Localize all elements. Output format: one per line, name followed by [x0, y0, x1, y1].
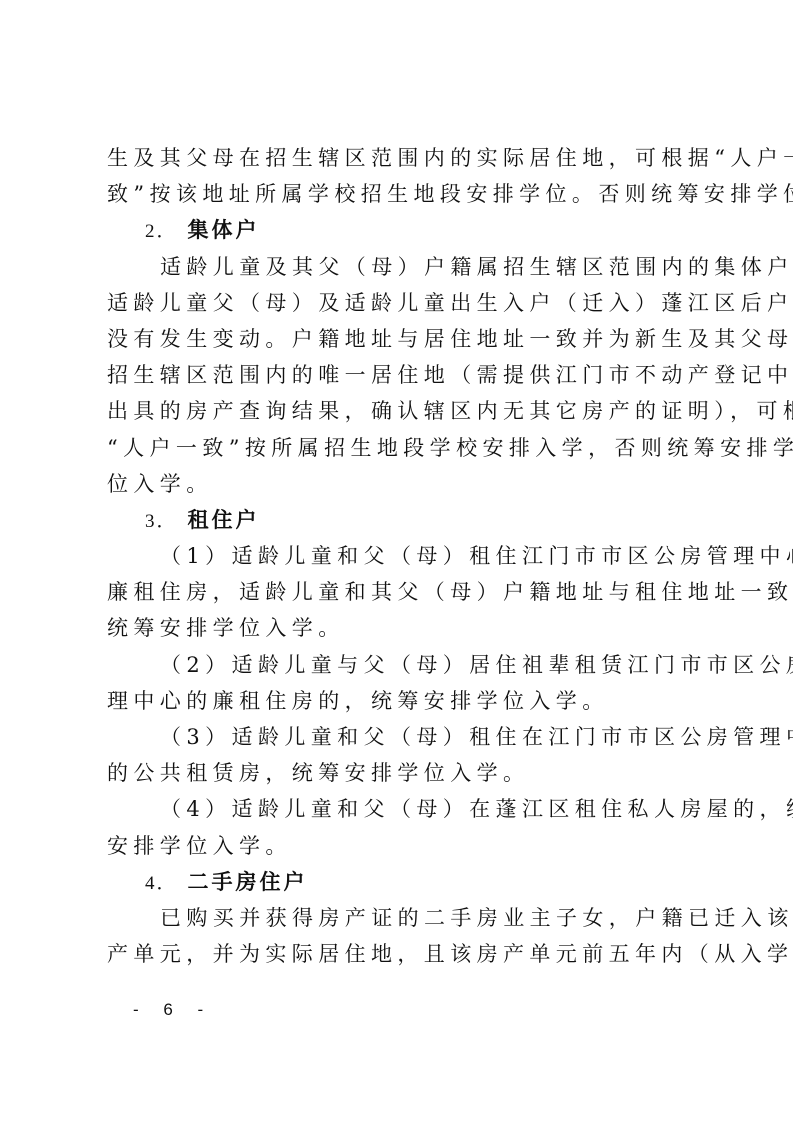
list-item-line: 统筹安排学位入学。 — [107, 610, 697, 646]
list-item-line: （1）适龄儿童和父（母）租住江门市市区公房管理中心的 — [107, 538, 697, 574]
section-title: 租住户 — [188, 508, 260, 532]
section-title: 二手房住户 — [188, 870, 308, 894]
section-heading-collective-household: 2．集体户 — [107, 212, 697, 248]
paragraph-line: 致”按该地址所属学校招生地段安排学位。否则统筹安排学位。 — [107, 176, 697, 212]
section-heading-renter-household: 3．租住户 — [107, 502, 697, 538]
document-page: 生及其父母在招生辖区范围内的实际居住地，可根据“人户一 致”按该地址所属学校招生… — [107, 140, 697, 972]
paragraph-line: 招生辖区范围内的唯一居住地（需提供江门市不动产登记中心 — [107, 357, 697, 393]
paragraph-line: 已购买并获得房产证的二手房业主子女，户籍已迁入该房 — [107, 900, 697, 936]
paragraph-line: 产单元，并为实际居住地，且该房产单元前五年内（从入学时 — [107, 936, 697, 972]
section-number: 4． — [145, 873, 178, 894]
list-item-line: 理中心的廉租住房的，统筹安排学位入学。 — [107, 683, 697, 719]
list-item-line: 安排学位入学。 — [107, 828, 697, 864]
section-heading-second-hand-housing: 4．二手房住户 — [107, 864, 697, 900]
paragraph-line: 出具的房产查询结果，确认辖区内无其它房产的证明），可根据 — [107, 393, 697, 429]
list-item-line: （3）适龄儿童和父（母）租住在江门市市区公房管理中心 — [107, 719, 697, 755]
list-item-line: 的公共租赁房，统筹安排学位入学。 — [107, 755, 697, 791]
paragraph-line: 适龄儿童父（母）及适龄儿童出生入户（迁入）蓬江区后户籍 — [107, 285, 697, 321]
section-number: 3． — [145, 511, 178, 532]
paragraph-line: 生及其父母在招生辖区范围内的实际居住地，可根据“人户一 — [107, 140, 697, 176]
page-number: - 6 - — [133, 1000, 213, 1020]
section-title: 集体户 — [188, 218, 260, 242]
paragraph-line: “人户一致”按所属招生地段学校安排入学，否则统筹安排学 — [107, 430, 697, 466]
list-item-line: （2）适龄儿童与父（母）居住祖辈租赁江门市市区公房管 — [107, 647, 697, 683]
paragraph-line: 位入学。 — [107, 466, 697, 502]
paragraph-line: 适龄儿童及其父（母）户籍属招生辖区范围内的集体户， — [107, 249, 697, 285]
list-item-line: （4）适龄儿童和父（母）在蓬江区租住私人房屋的，统筹 — [107, 791, 697, 827]
paragraph-line: 没有发生变动。户籍地址与居住地址一致并为新生及其父母在 — [107, 321, 697, 357]
section-number: 2． — [145, 221, 178, 242]
list-item-line: 廉租住房，适龄儿童和其父（母）户籍地址与租住地址一致的， — [107, 574, 697, 610]
